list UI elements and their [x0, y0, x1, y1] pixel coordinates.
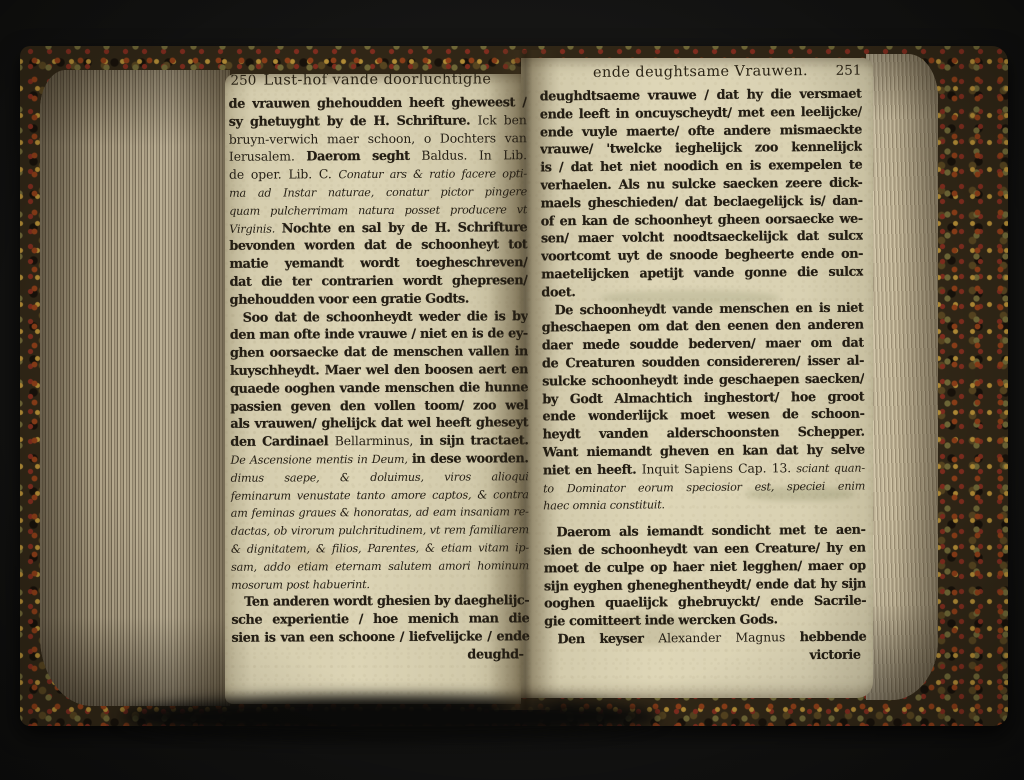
text-line: Soo dat de schoonheydt weder die is by [230, 306, 528, 325]
text-line: Virginis. Nochte en sal by de H. Schrift… [229, 217, 527, 236]
left-page-header: 250 Lust-hof vande doorluchtighe [228, 69, 526, 93]
right-page-text: ende deughtsame Vrauwen. 251 deughdtsaem… [539, 61, 866, 665]
text-line: am feminas graues & honoratas, ad eam in… [231, 502, 529, 521]
text-line: sien is van een schoone / liefvelijcke /… [231, 626, 529, 645]
italic-latin-text: haec omnia constituit. [543, 499, 665, 513]
italic-latin-text: quam pulcherrimam natura posset producer… [229, 203, 527, 218]
text-line: passien geven den vollen toom/ zoo wel m… [230, 395, 528, 414]
right-catchword: victorie [809, 647, 860, 662]
blackletter-text: maetelijcken apetijt vande gonne die sul… [541, 265, 863, 283]
book-photograph-scene: 250 Lust-hof vande doorluchtighe de vrau… [0, 0, 1024, 780]
text-line: de oper. Lib. C. Conatur ars & ratio fac… [229, 163, 527, 182]
italic-latin-text: dimus saepe, & doluimus, viros alioqui s… [231, 470, 529, 485]
blackletter-text: bevonden worden dat de schoonheyt tot bl… [229, 238, 527, 254]
text-line: ma ad Instar naturae, conatur pictor pin… [229, 181, 527, 200]
text-line: to Dominator eorum speciosior est, speci… [543, 475, 865, 496]
text-line: quaede ooghen vande menschen die hunne [230, 377, 528, 396]
page-stack-fore-edge-left [40, 70, 230, 706]
text-line: feminarum venustate tanto amore captos, … [231, 484, 529, 503]
italic-latin-text: sciant quan- [796, 461, 865, 475]
blackletter-text: Daerom seght [306, 149, 421, 165]
text-line: matie yemandt wordt toegheschreven/ maer [229, 252, 527, 271]
text-line: ghehoudden voor een gratie Godts. [230, 288, 528, 307]
blackletter-text: in dese woorden. [412, 451, 529, 467]
text-line: Ierusalem. Daerom seght Baldus. In Lib. [229, 146, 527, 165]
text-line: sam, addo etiam eternam salutem amori ho… [231, 555, 529, 574]
italic-latin-text: mosorum post habuerint. [231, 578, 370, 592]
blackletter-text: sien is van een schoone / liefvelijcke /… [231, 629, 529, 645]
blackletter-text: passien geven den vollen toom/ zoo wel m… [230, 398, 528, 414]
blackletter-text: sy ghetuyght by de H. Schrifture. [229, 113, 478, 129]
text-line: den Cardinael Bellarminus, in sijn tract… [230, 430, 528, 449]
blackletter-text: ghen oorsaecke dat de menschen vallen in… [230, 344, 528, 360]
text-line: quam pulcherrimam natura posset producer… [229, 199, 527, 218]
blackletter-text: sche experientie / hoe menich man die vo… [231, 611, 529, 627]
roman-text: Bellarminus, [335, 433, 414, 448]
blackletter-text: den Cardinael [230, 434, 334, 449]
right-running-title: ende deughtsame Vrauwen. [539, 61, 861, 84]
page-stack-fore-edge-right [866, 54, 938, 700]
blackletter-text: als vrauwen/ ghelijck dat wel heeft ghes… [230, 416, 528, 432]
text-line: De Ascensione mentis in Deum, in dese wo… [230, 448, 528, 467]
italic-latin-text: sam, addo etiam eternam salutem amori ho… [231, 559, 529, 574]
italic-latin-text: De Ascensione mentis in Deum, [230, 453, 412, 467]
italic-latin-text: & dignitatem, & filios, Parentes, & etia… [231, 541, 529, 556]
roman-text: Inquit Sapiens Cap. 13. [642, 460, 797, 476]
roman-text: Ierusalem. [229, 149, 307, 164]
italic-latin-text: dactas, ob virorum pulchritudinem, vt re… [231, 523, 529, 538]
text-line: dat die ter contrarien wordt ghepresen/ … [230, 270, 528, 289]
blackletter-text: ghehoudden voor een gratie Godts. [230, 291, 469, 307]
left-page-body: de vrauwen ghehoudden heeft gheweest / z… [229, 92, 530, 645]
text-line: haec omnia constituit. [543, 493, 865, 514]
left-running-title: Lust-hof vande doorluchtighe [228, 69, 526, 91]
text-line: maels gheschieden/ dat beclaegelijck is/… [541, 190, 863, 211]
blackletter-text: dat die ter contrarien wordt ghepresen/ … [230, 273, 528, 289]
text-line: dimus saepe, & doluimus, viros alioqui s… [231, 466, 529, 485]
roman-text: de oper. Lib. C. [229, 166, 339, 182]
blackletter-text: kuyschheydt. Maer wel den boosen aert en [230, 362, 528, 378]
right-page-number: 251 [836, 61, 862, 81]
roman-text: Alexander Magnus [658, 629, 800, 645]
blackletter-text: hebbende [800, 629, 867, 645]
blackletter-text: Nochte en sal by de H. Schrifture [282, 220, 528, 236]
text-line: mosorum post habuerint. [231, 573, 529, 592]
blackletter-text: in sijn tractaet. [413, 433, 528, 449]
text-line: ghen oorsaecke dat de menschen vallen in… [230, 341, 528, 360]
text-line: & dignitatem, & filios, Parentes, & etia… [231, 537, 529, 556]
text-line: sche experientie / hoe menich man die vo… [231, 608, 529, 627]
text-line: sulcke schoonheydt inde geschaepen saeck… [542, 368, 864, 389]
roman-text: Ick ben [478, 112, 527, 127]
text-line: Ten anderen wordt ghesien by daeghelijc- [231, 591, 529, 610]
left-page-text: 250 Lust-hof vande doorluchtighe de vrau… [228, 69, 529, 663]
text-line: moet de culpe op haer niet legghen/ maer… [544, 555, 866, 576]
blackletter-text: Ten anderen wordt ghesien by daeghelijc- [244, 594, 529, 610]
left-page-number: 250 [230, 71, 256, 91]
blackletter-text: niet en heeft. [543, 462, 642, 478]
italic-latin-text: ma ad Instar naturae, conatur pictor pin… [229, 185, 527, 200]
text-line: dactas, ob virorum pulchritudinem, vt re… [231, 519, 529, 538]
italic-latin-text: Virginis. [229, 222, 281, 235]
text-line: ooghen quaelijck ghebruyckt/ ende Sacril… [544, 591, 866, 612]
blackletter-text: de vrauwen ghehoudden heeft gheweest / z… [229, 95, 527, 111]
italic-latin-text: am feminas graues & honoratas, ad eam in… [231, 506, 529, 521]
text-line: maetelijcken apetijt vande gonne die sul… [541, 262, 863, 283]
text-line: bruyn-verwich maer schoon, o Dochters va… [229, 128, 527, 147]
blackletter-text: matie yemandt wordt toegheschreven/ maer [229, 255, 527, 271]
right-page-header: ende deughtsame Vrauwen. 251 [539, 61, 861, 86]
blackletter-text: doet. [541, 285, 575, 300]
text-line: sy ghetuyght by de H. Schrifture. Ick be… [229, 110, 527, 129]
text-line: als vrauwen/ ghelijck dat wel heeft ghes… [230, 413, 528, 432]
roman-text: bruyn-verwich maer schoon, o Dochters va… [229, 130, 527, 147]
left-catchword: deughd- [467, 647, 523, 662]
left-catchword-line: deughd- [231, 644, 529, 664]
blackletter-text: ooghen quaelijck ghebruyckt/ ende Sacril… [544, 594, 866, 612]
blackletter-text: quaede ooghen vande menschen die hunne [230, 380, 528, 396]
book-bottom-shadow [120, 696, 660, 738]
text-line: de vrauwen ghehoudden heeft gheweest / z… [229, 92, 527, 111]
blackletter-text: Soo dat de schoonheydt weder die is by [243, 309, 528, 325]
right-page-body: deughdtsaeme vrauwe / dat hy die versmae… [540, 84, 867, 647]
blackletter-text: Den keyser [557, 631, 658, 647]
text-line: bevonden worden dat de schoonheyt tot bl… [229, 235, 527, 254]
right-catchword-line: victorie [544, 644, 866, 665]
text-line: den man ofte inde vrauwe / niet en is de… [230, 324, 528, 343]
italic-latin-text: Conatur ars & ratio facere opti- [338, 167, 527, 181]
blackletter-text: den man ofte inde vrauwe / niet en is de… [230, 327, 528, 343]
text-line: ende leeft in oncuyscheydt/ met een leel… [540, 101, 862, 122]
text-line: kuyschheydt. Maer wel den boosen aert en [230, 359, 528, 378]
text-line: niet en heeft. Inquit Sapiens Cap. 13. s… [543, 457, 865, 478]
roman-text: Baldus. In Lib. [421, 148, 527, 164]
